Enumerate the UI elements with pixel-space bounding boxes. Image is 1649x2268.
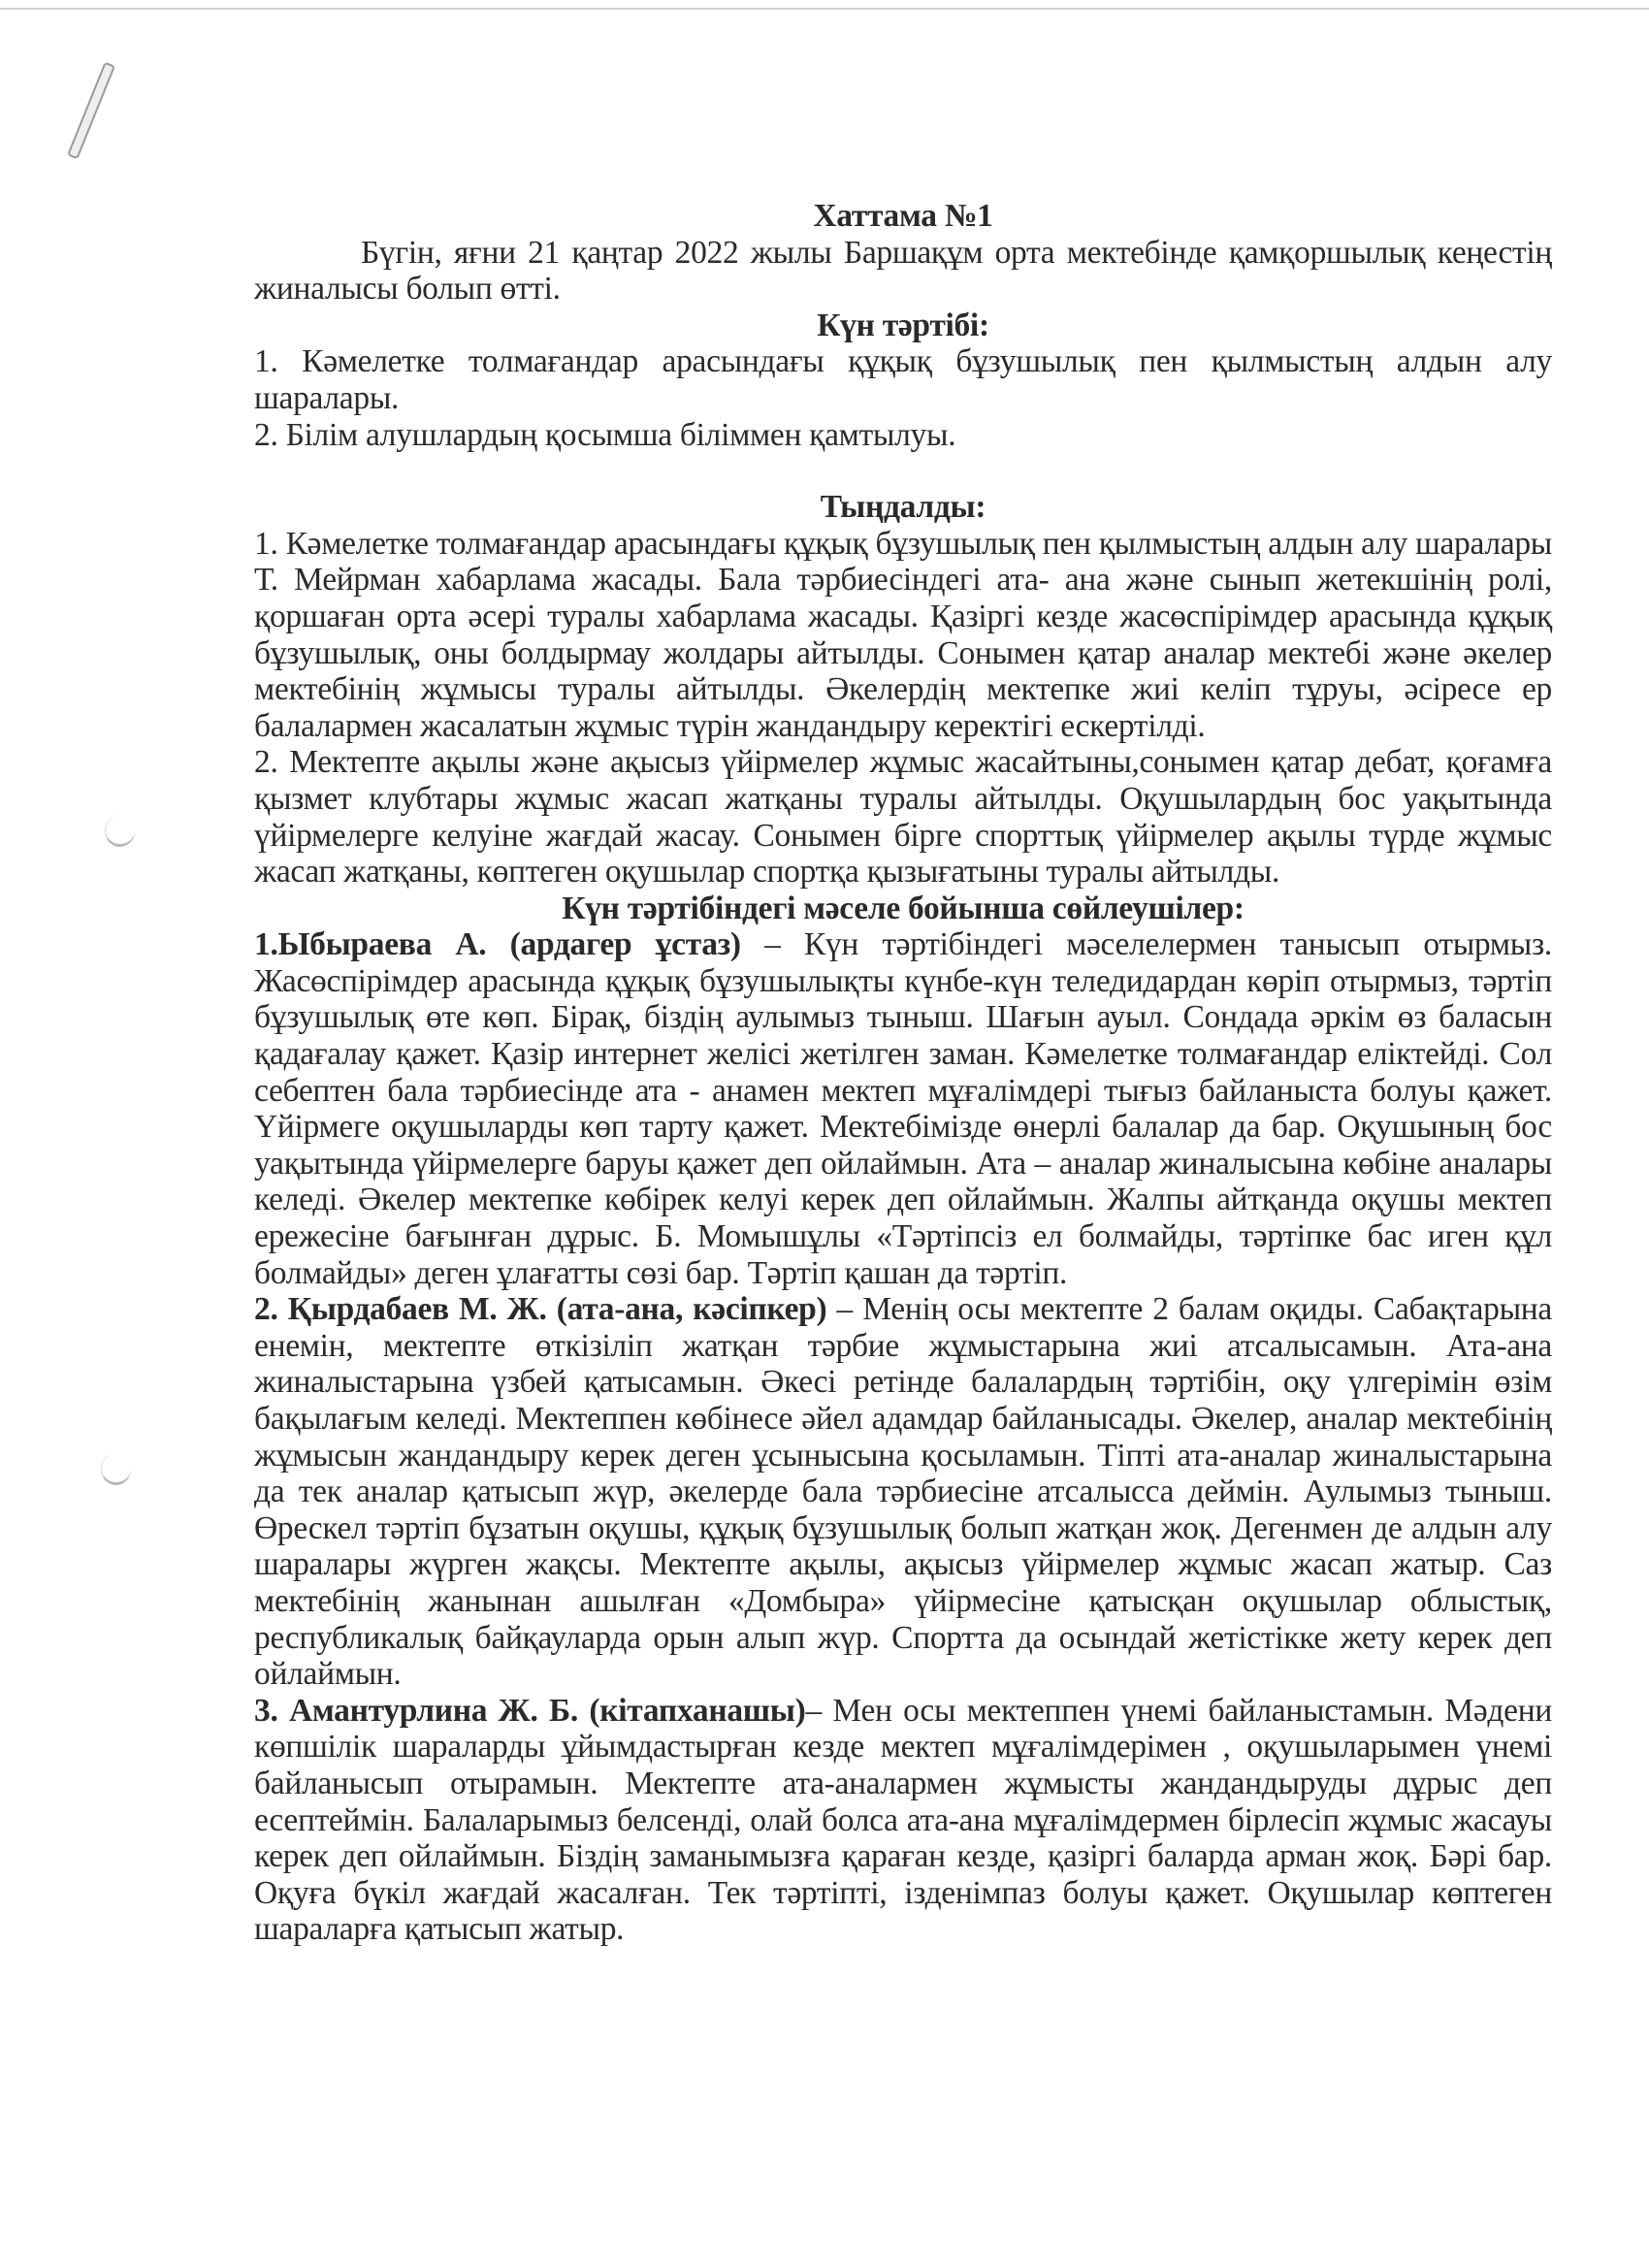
speaker-name: 1.Ыбыраева А. (ардагер ұстаз) [254,926,741,962]
document-title: Хаттама №1 [254,198,1552,235]
speaker-paragraph: 3. Амантурлина Ж. Б. (кітапханашы)– Мен … [254,1693,1552,1948]
speaker-speech: – Мен осы мектеппен үнемі байланыстамын.… [254,1693,1552,1948]
heard-item: 2. Мектепте ақылы және ақысыз үйірмелер … [254,744,1552,890]
speakers-heading: Күн тәртібіндегі мәселе бойынша сөйлеуші… [254,891,1552,927]
speaker-name: 2. Қырдабаев М. Ж. (ата-ана, кәсіпкер) [254,1291,826,1327]
agenda-item: 2. Білім алушлардың қосымша біліммен қам… [254,417,1552,454]
speaker-speech: – Күн тәртібіндегі мәселелермен танысып … [254,926,1552,1290]
speaker-paragraph: 1.Ыбыраева А. (ардагер ұстаз) – Күн тәрт… [254,926,1552,1291]
punch-hole-mark [105,815,135,847]
heard-item: 1. Кәмелетке толмағандар арасындағы құқы… [254,526,1552,745]
speaker-paragraph: 2. Қырдабаев М. Ж. (ата-ана, кәсіпкер) –… [254,1291,1552,1693]
document-page: Хаттама №1 Бүгін, яғни 21 қаңтар 2022 жы… [254,198,1552,1948]
speaker-speech: – Менің осы мектепте 2 балам оқиды. Саба… [254,1291,1552,1692]
heard-heading: Тыңдалды: [254,489,1552,526]
speaker-name: 3. Амантурлина Ж. Б. (кітапханашы) [254,1693,805,1729]
scan-top-edge [0,8,1649,10]
punch-hole-mark [101,1453,131,1485]
agenda-item: 1. Кәмелетке толмағандар арасындағы құқы… [254,343,1552,416]
spacer [254,453,1552,489]
pen-mark-decoration [67,62,115,160]
agenda-heading: Күн тәртібі: [254,308,1552,344]
intro-paragraph: Бүгін, яғни 21 қаңтар 2022 жылы Баршақұм… [254,235,1552,308]
